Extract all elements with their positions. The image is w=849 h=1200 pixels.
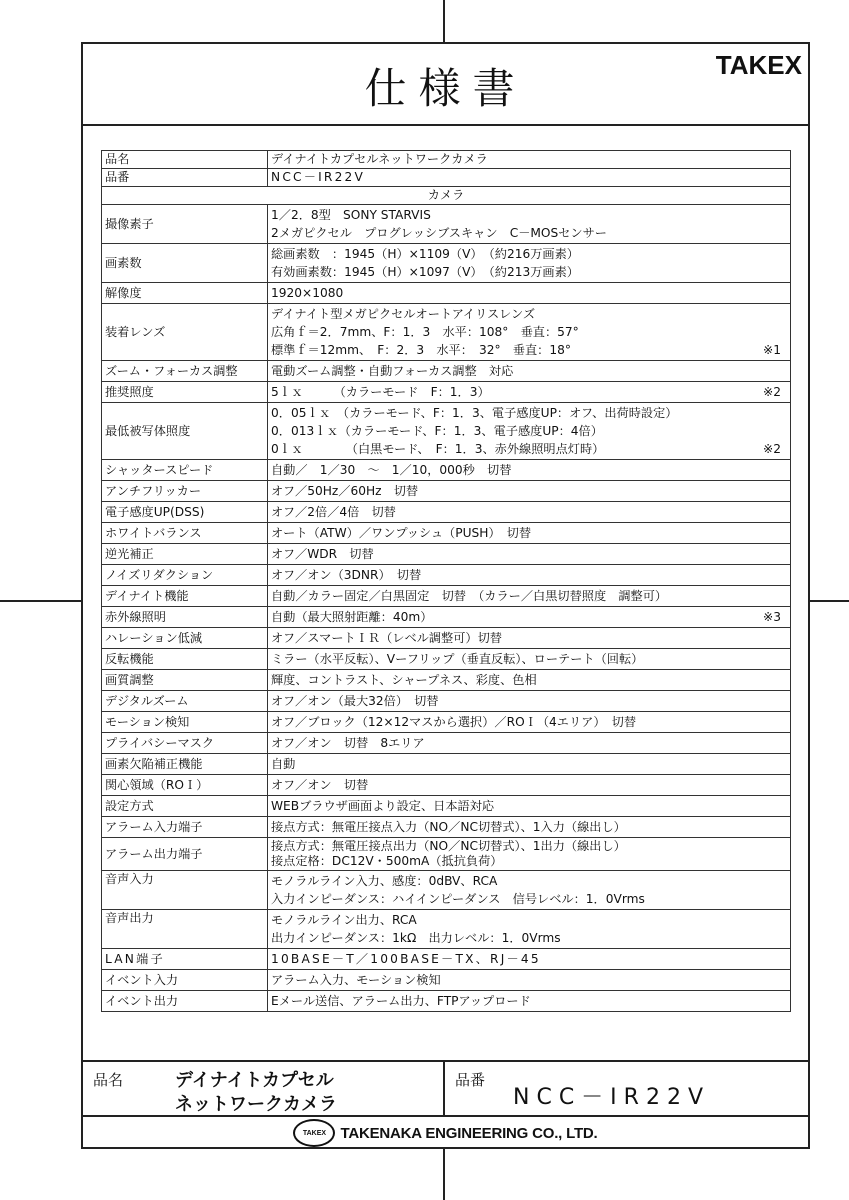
value-line: 自動／カラー固定／白黒固定 切替 （カラー／白黒切替照度 調整可） — [271, 587, 787, 605]
table-row: 撮像素子1／2．8型 SONY STARVIS2メガピクセル プログレッシブスキ… — [102, 205, 791, 244]
value-line: 電動ズーム調整・自動フォーカス調整 対応 — [271, 362, 787, 380]
table-row: 逆光補正オフ／WDR 切替 — [102, 544, 791, 565]
row-value: 接点方式：無電圧接点入力（NO／NC切替式）、1入力（線出し） — [268, 817, 791, 838]
title-block-product-name: 品名 デイナイトカプセル ネットワークカメラ — [83, 1062, 445, 1115]
value-line: 0．05ｌｘ （カラーモード、F：1．3、電子感度UP：オフ、出荷時設定） — [271, 404, 787, 422]
value-line: オート（ATW）／ワンプッシュ（PUSH） 切替 — [271, 524, 787, 542]
value-line: オフ／2倍／4倍 切替 — [271, 503, 787, 521]
row-label: 推奨照度 — [102, 382, 268, 403]
table-row: アンチフリッカーオフ／50Hz／60Hz 切替 — [102, 481, 791, 502]
row-value: 接点方式：無電圧接点出力（NO／NC切替式）、1出力（線出し）接点定格：DC12… — [268, 838, 791, 871]
value-line: 自動／ 1／30 ～ 1／10，000秒 切替 — [271, 461, 787, 479]
document-title: 仕様書 — [83, 56, 808, 116]
row-label: ホワイトバランス — [102, 523, 268, 544]
value-line: 総画素数 ：1945（H）×1109（V） （約216万画素） — [271, 245, 787, 263]
section-header: カメラ — [102, 187, 791, 205]
footnote-marker: ※2 — [763, 383, 781, 401]
title-band: 仕様書 TAKEX — [83, 44, 808, 126]
row-value: 0．05ｌｘ （カラーモード、F：1．3、電子感度UP：オフ、出荷時設定）0．0… — [268, 403, 791, 460]
row-label: ズーム・フォーカス調整 — [102, 361, 268, 382]
row-value: 1920×1080 — [268, 283, 791, 304]
row-value: ミラー（水平反転）、Vーフリップ（垂直反転）、ローテート（回転） — [268, 649, 791, 670]
row-value: オフ／50Hz／60Hz 切替 — [268, 481, 791, 502]
row-label: 音声入力 — [102, 871, 268, 910]
row-label: 設定方式 — [102, 796, 268, 817]
row-value: オフ／2倍／4倍 切替 — [268, 502, 791, 523]
row-value: 自動 — [268, 754, 791, 775]
value-line: Eメール送信、アラーム出力、FTPアップロード — [271, 992, 787, 1010]
value-line: 入力インピーダンス：ハイインピーダンス 信号レベル：1．0Vrms — [271, 890, 787, 908]
document-frame: 仕様書 TAKEX 品名 デイナイトカプセルネットワークカメラ 品番 NCC－I… — [81, 42, 810, 1149]
value-line: ミラー（水平反転）、Vーフリップ（垂直反転）、ローテート（回転） — [271, 650, 787, 668]
value-line: オフ／オン 切替 8エリア — [271, 734, 787, 752]
row-label: LAN端子 — [102, 949, 268, 970]
row-label: ハレーション低減 — [102, 628, 268, 649]
table-row: ハレーション低減オフ／スマートＩＲ（レベル調整可）切替 — [102, 628, 791, 649]
table-row: 電子感度UP(DSS)オフ／2倍／4倍 切替 — [102, 502, 791, 523]
spec-table: 品名 デイナイトカプセルネットワークカメラ 品番 NCC－IR22V カメラ 撮… — [101, 150, 791, 1012]
row-value: モノラルライン出力、RCA出力インピーダンス：1kΩ 出力レベル：1．0Vrms — [268, 910, 791, 949]
row-value: NCC－IR22V — [268, 169, 791, 187]
table-row-model-number: 品番 NCC－IR22V — [102, 169, 791, 187]
company-band: TAKEX TAKENAKA ENGINEERING CO., LTD. — [83, 1117, 808, 1149]
row-label: デジタルズーム — [102, 691, 268, 712]
product-name-line2: ネットワークカメラ — [175, 1093, 337, 1117]
table-row: イベント出力Eメール送信、アラーム出力、FTPアップロード — [102, 991, 791, 1012]
value-line: 2メガピクセル プログレッシブスキャン C－MOSセンサー — [271, 224, 787, 242]
row-value: 自動／ 1／30 ～ 1／10，000秒 切替 — [268, 460, 791, 481]
value-line: 接点方式：無電圧接点出力（NO／NC切替式）、1出力（線出し） — [271, 839, 787, 854]
row-value: 1／2．8型 SONY STARVIS2メガピクセル プログレッシブスキャン C… — [268, 205, 791, 244]
table-row-product-name: 品名 デイナイトカプセルネットワークカメラ — [102, 151, 791, 169]
company-name: TAKENAKA ENGINEERING CO., LTD. — [340, 1125, 597, 1142]
value-line: 有効画素数：1945（H）×1097（V） （約213万画素） — [271, 263, 787, 281]
title-block-top: 品名 デイナイトカプセル ネットワークカメラ 品番 NCC－IR22V — [83, 1062, 808, 1117]
footnote-marker: ※2 — [763, 440, 781, 458]
table-row: ズーム・フォーカス調整電動ズーム調整・自動フォーカス調整 対応 — [102, 361, 791, 382]
table-row: ノイズリダクションオフ／オン（3DNR） 切替 — [102, 565, 791, 586]
row-label: モーション検知 — [102, 712, 268, 733]
row-label: 関心領域（ROＩ） — [102, 775, 268, 796]
row-label: アンチフリッカー — [102, 481, 268, 502]
table-row: アラーム出力端子接点方式：無電圧接点出力（NO／NC切替式）、1出力（線出し）接… — [102, 838, 791, 871]
table-row: 推奨照度5ｌｘ （カラーモード F：1．3）※2 — [102, 382, 791, 403]
row-value: オフ／オン 切替 — [268, 775, 791, 796]
product-name-value: デイナイトカプセル ネットワークカメラ — [175, 1069, 337, 1117]
value-line: オフ／スマートＩＲ（レベル調整可）切替 — [271, 629, 787, 647]
row-value: モノラルライン入力、感度：0dBV、RCA入力インピーダンス：ハイインピーダンス… — [268, 871, 791, 910]
table-row: 解像度1920×1080 — [102, 283, 791, 304]
value-line: WEBブラウザ画面より設定、日本語対応 — [271, 797, 787, 815]
row-value: 5ｌｘ （カラーモード F：1．3）※2 — [268, 382, 791, 403]
row-label: デイナイト機能 — [102, 586, 268, 607]
table-row: モーション検知オフ／ブロック（12×12マスから選択）／ROＩ（4エリア） 切替 — [102, 712, 791, 733]
row-value: 10BASE－T／100BASE－TX、RJ－45 — [268, 949, 791, 970]
value-line: オフ／オン 切替 — [271, 776, 787, 794]
value-line: 自動 — [271, 755, 787, 773]
row-value: オフ／オン 切替 8エリア — [268, 733, 791, 754]
registration-mark-bottom — [443, 1147, 445, 1200]
table-row: 画素数総画素数 ：1945（H）×1109（V） （約216万画素）有効画素数：… — [102, 244, 791, 283]
row-label: 逆光補正 — [102, 544, 268, 565]
table-row: 反転機能ミラー（水平反転）、Vーフリップ（垂直反転）、ローテート（回転） — [102, 649, 791, 670]
value-line: 出力インピーダンス：1kΩ 出力レベル：1．0Vrms — [271, 929, 787, 947]
value-text: 5ｌｘ （カラーモード F：1．3） — [271, 385, 490, 399]
row-value: オフ／ブロック（12×12マスから選択）／ROＩ（4エリア） 切替 — [268, 712, 791, 733]
title-block-model-number: 品番 NCC－IR22V — [445, 1062, 808, 1115]
table-row: LAN端子10BASE－T／100BASE－TX、RJ－45 — [102, 949, 791, 970]
row-label: 画素数 — [102, 244, 268, 283]
row-label: アラーム入力端子 — [102, 817, 268, 838]
value-line: モノラルライン入力、感度：0dBV、RCA — [271, 872, 787, 890]
row-value: 輝度、コントラスト、シャープネス、彩度、色相 — [268, 670, 791, 691]
table-row: 装着レンズデイナイト型メガピクセルオートアイリスレンズ広角ｆ＝2．7mm、F：1… — [102, 304, 791, 361]
table-row: 音声出力モノラルライン出力、RCA出力インピーダンス：1kΩ 出力レベル：1．0… — [102, 910, 791, 949]
value-line: オフ／オン（3DNR） 切替 — [271, 566, 787, 584]
value-line: オフ／WDR 切替 — [271, 545, 787, 563]
value-line: モノラルライン出力、RCA — [271, 911, 787, 929]
registration-mark-top — [443, 0, 445, 43]
row-value: Eメール送信、アラーム出力、FTPアップロード — [268, 991, 791, 1012]
row-value: デイナイトカプセルネットワークカメラ — [268, 151, 791, 169]
value-line: 0．013ｌｘ（カラーモード、F：1．3、電子感度UP：4倍） — [271, 422, 787, 440]
row-label: アラーム出力端子 — [102, 838, 268, 871]
row-label: プライバシーマスク — [102, 733, 268, 754]
table-row: ホワイトバランスオート（ATW）／ワンプッシュ（PUSH） 切替 — [102, 523, 791, 544]
model-number-label: 品番 — [455, 1069, 485, 1090]
row-label: 装着レンズ — [102, 304, 268, 361]
row-label: イベント出力 — [102, 991, 268, 1012]
row-label: 最低被写体照度 — [102, 403, 268, 460]
row-label: 画質調整 — [102, 670, 268, 691]
value-text: 標準ｆ＝12mm、 F：2．3 水平： 32° 垂直：18° — [271, 343, 571, 357]
row-label: イベント入力 — [102, 970, 268, 991]
table-row: アラーム入力端子接点方式：無電圧接点入力（NO／NC切替式）、1入力（線出し） — [102, 817, 791, 838]
row-value: オフ／WDR 切替 — [268, 544, 791, 565]
row-value: オート（ATW）／ワンプッシュ（PUSH） 切替 — [268, 523, 791, 544]
takex-logo-icon: TAKEX — [293, 1119, 335, 1147]
row-label: 画素欠陥補正機能 — [102, 754, 268, 775]
value-line: オフ／オン（最大32倍） 切替 — [271, 692, 787, 710]
table-row: 赤外線照明自動（最大照射距離：40m）※3 — [102, 607, 791, 628]
value-text: 自動（最大照射距離：40m） — [271, 610, 432, 624]
row-label: 撮像素子 — [102, 205, 268, 244]
row-value: 電動ズーム調整・自動フォーカス調整 対応 — [268, 361, 791, 382]
row-value: WEBブラウザ画面より設定、日本語対応 — [268, 796, 791, 817]
row-label: シャッタースピード — [102, 460, 268, 481]
product-name-line1: デイナイトカプセル — [175, 1069, 337, 1093]
value-line: オフ／50Hz／60Hz 切替 — [271, 482, 787, 500]
row-value: デイナイト型メガピクセルオートアイリスレンズ広角ｆ＝2．7mm、F：1．3 水平… — [268, 304, 791, 361]
table-row: シャッタースピード自動／ 1／30 ～ 1／10，000秒 切替 — [102, 460, 791, 481]
value-line: アラーム入力、モーション検知 — [271, 971, 787, 989]
table-row: デジタルズームオフ／オン（最大32倍） 切替 — [102, 691, 791, 712]
value-line: 接点定格：DC12V・500mA（抵抗負荷） — [271, 854, 787, 869]
row-label: 品番 — [102, 169, 268, 187]
value-line: 10BASE－T／100BASE－TX、RJ－45 — [271, 950, 787, 968]
footnote-marker: ※1 — [763, 341, 781, 359]
registration-mark-left — [0, 600, 81, 602]
value-line: オフ／ブロック（12×12マスから選択）／ROＩ（4エリア） 切替 — [271, 713, 787, 731]
table-row: 画素欠陥補正機能自動 — [102, 754, 791, 775]
table-row: 設定方式WEBブラウザ画面より設定、日本語対応 — [102, 796, 791, 817]
model-number-value: NCC－IR22V — [513, 1080, 710, 1111]
value-line: 接点方式：無電圧接点入力（NO／NC切替式）、1入力（線出し） — [271, 818, 787, 836]
row-value: オフ／オン（3DNR） 切替 — [268, 565, 791, 586]
title-block: 品名 デイナイトカプセル ネットワークカメラ 品番 NCC－IR22V TAKE… — [83, 1060, 808, 1149]
row-value: アラーム入力、モーション検知 — [268, 970, 791, 991]
value-line: 広角ｆ＝2．7mm、F：1．3 水平：108° 垂直：57° — [271, 323, 787, 341]
row-value: オフ／オン（最大32倍） 切替 — [268, 691, 791, 712]
row-label: 解像度 — [102, 283, 268, 304]
value-line: デイナイト型メガピクセルオートアイリスレンズ — [271, 305, 787, 323]
table-row: デイナイト機能自動／カラー固定／白黒固定 切替 （カラー／白黒切替照度 調整可） — [102, 586, 791, 607]
value-line: 輝度、コントラスト、シャープネス、彩度、色相 — [271, 671, 787, 689]
value-line: 1／2．8型 SONY STARVIS — [271, 206, 787, 224]
value-text: 0ｌｘ （白黒モード、 F：1．3、赤外線照明点灯時） — [271, 442, 604, 456]
product-name-label: 品名 — [93, 1069, 123, 1090]
row-label: 音声出力 — [102, 910, 268, 949]
table-row: イベント入力アラーム入力、モーション検知 — [102, 970, 791, 991]
value-line: 1920×1080 — [271, 284, 787, 302]
row-value: オフ／スマートＩＲ（レベル調整可）切替 — [268, 628, 791, 649]
row-label: 品名 — [102, 151, 268, 169]
table-row: 最低被写体照度0．05ｌｘ （カラーモード、F：1．3、電子感度UP：オフ、出荷… — [102, 403, 791, 460]
table-row: 関心領域（ROＩ）オフ／オン 切替 — [102, 775, 791, 796]
footnote-marker: ※3 — [763, 608, 781, 626]
row-value: 自動（最大照射距離：40m）※3 — [268, 607, 791, 628]
row-label: 電子感度UP(DSS) — [102, 502, 268, 523]
row-value: 総画素数 ：1945（H）×1109（V） （約216万画素）有効画素数：194… — [268, 244, 791, 283]
registration-mark-right — [808, 600, 849, 602]
table-row: プライバシーマスクオフ／オン 切替 8エリア — [102, 733, 791, 754]
table-row: 音声入力モノラルライン入力、感度：0dBV、RCA入力インピーダンス：ハイインピ… — [102, 871, 791, 910]
row-label: 赤外線照明 — [102, 607, 268, 628]
table-section-camera: カメラ — [102, 187, 791, 205]
brand-logo: TAKEX — [716, 50, 802, 81]
row-label: ノイズリダクション — [102, 565, 268, 586]
table-row: 画質調整輝度、コントラスト、シャープネス、彩度、色相 — [102, 670, 791, 691]
row-label: 反転機能 — [102, 649, 268, 670]
row-value: 自動／カラー固定／白黒固定 切替 （カラー／白黒切替照度 調整可） — [268, 586, 791, 607]
